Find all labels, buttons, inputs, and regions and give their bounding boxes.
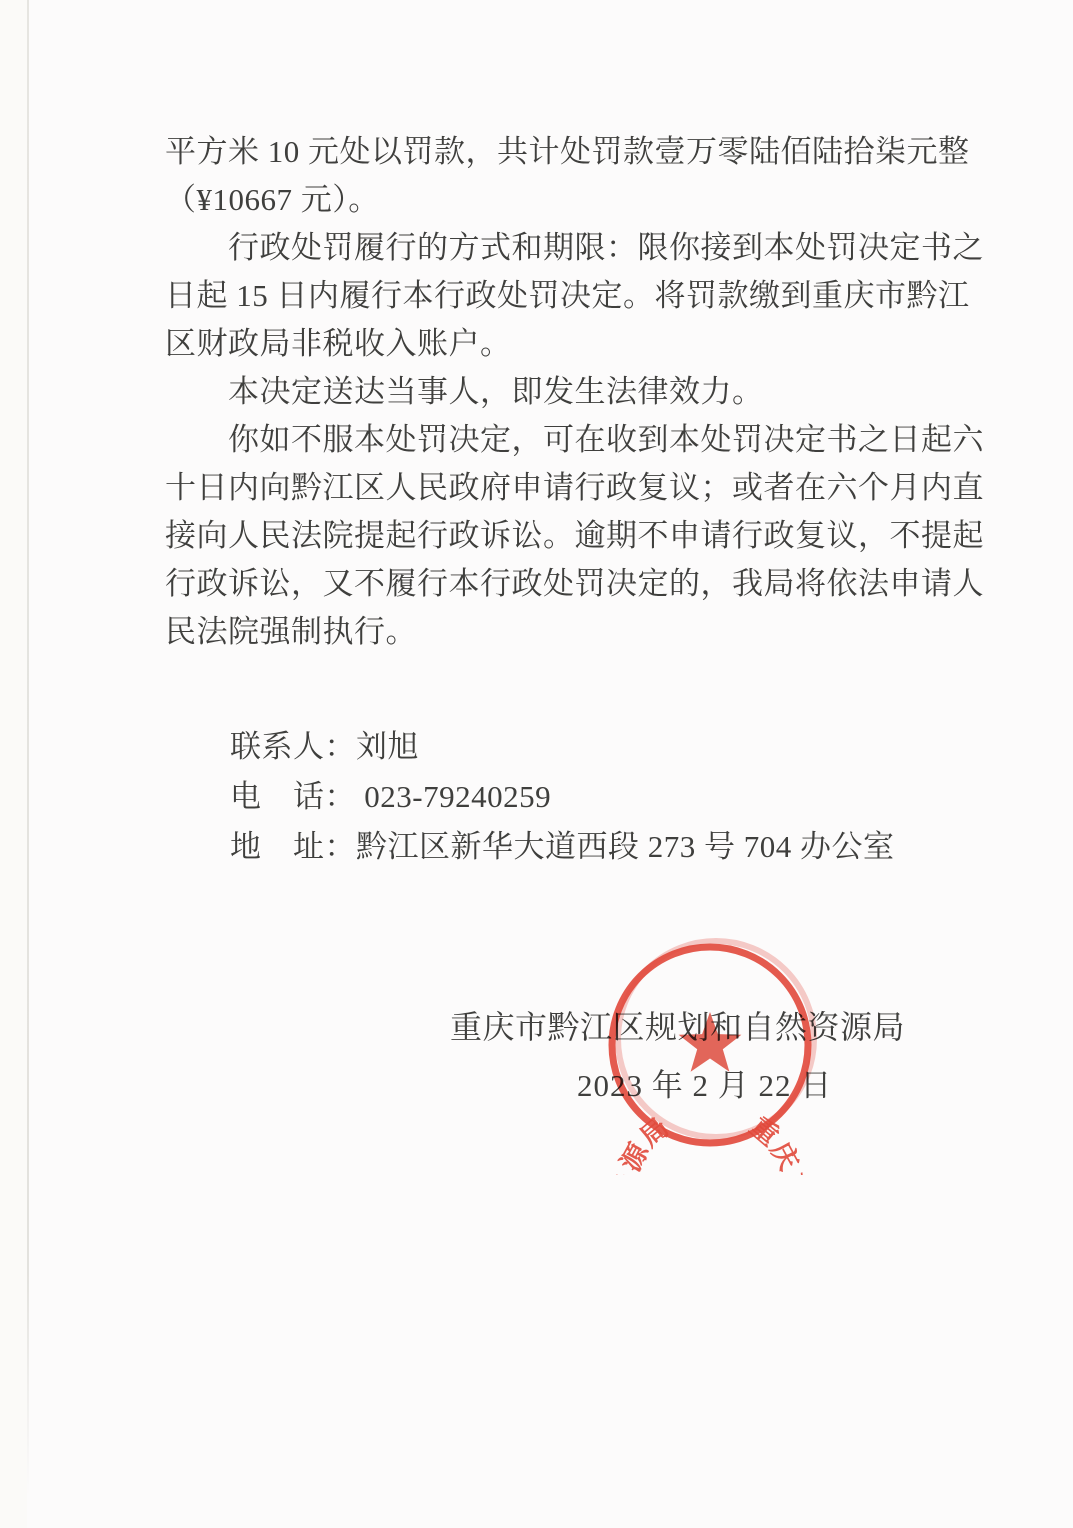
seal-star-icon [679,1012,742,1072]
contact-block: 联系人：刘旭 电 话： 023-79240259 地 址：黔江区新华大道西段 2… [230,722,895,872]
body-line: 你如不服本处罚决定，可在收到本处罚决定书之日起六 [165,416,925,464]
document-body: 平方米 10 元处以罚款，共计处罚款壹万零陆佰陆拾柒元整 （¥10667 元）。… [165,128,925,656]
scan-margin-strip [0,0,27,1528]
body-line: 十日内向黔江区人民政府申请行政复议；或者在六个月内直 [165,464,925,512]
body-line: 民法院强制执行。 [165,608,925,656]
body-line: 行政诉讼，又不履行本行政处罚决定的，我局将依法申请人 [165,560,925,608]
body-line: 接向人民法院提起行政诉讼。逾期不申请行政复议，不提起 [165,512,925,560]
contact-person: 联系人：刘旭 [230,722,895,772]
body-line: 区财政局非税收入账户。 [165,320,925,368]
body-line: （¥10667 元）。 [165,176,925,224]
body-line: 本决定送达当事人，即发生法律效力。 [165,368,925,416]
body-line: 行政处罚履行的方式和期限：限你接到本处罚决定书之 [165,224,925,272]
body-line: 日起 15 日内履行本行政处罚决定。将罚款缴到重庆市黔江 [165,272,925,320]
scan-edge-artifact [27,0,29,1496]
contact-address: 地 址：黔江区新华大道西段 273 号 704 办公室 [230,822,895,872]
official-seal: 重庆市黔江区规划和自然资源局 [580,915,840,1175]
scanned-document-page: 平方米 10 元处以罚款，共计处罚款壹万零陆佰陆拾柒元整 （¥10667 元）。… [0,0,1073,1528]
contact-phone: 电 话： 023-79240259 [230,772,895,822]
body-line: 平方米 10 元处以罚款，共计处罚款壹万零陆佰陆拾柒元整 [165,128,925,176]
